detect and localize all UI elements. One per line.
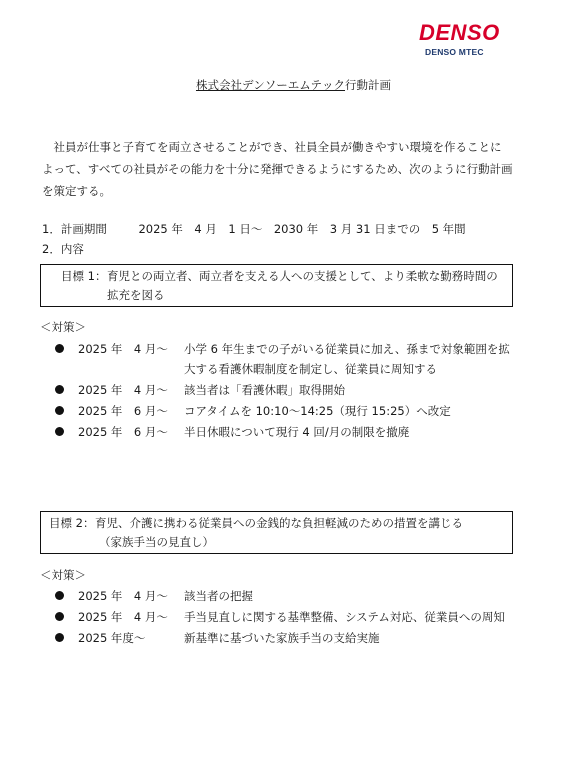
- measure-date: 2025 年 6 月～: [78, 402, 168, 420]
- title-company: 株式会社デンソーエムテック: [196, 78, 345, 92]
- measures-header-2: ＜対策＞: [40, 566, 86, 584]
- intro-line: 社員が仕事と子育てを両立させることができ、社員全員が働きやすい環境を作ることに: [42, 136, 562, 158]
- measure-date: 2025 年度～: [78, 629, 145, 647]
- plan-period-label: 1．計画期間: [42, 222, 107, 236]
- goal-2-label: 目標 2：: [49, 514, 94, 532]
- bullet-icon: [55, 385, 64, 394]
- bullet-icon: [55, 427, 64, 436]
- measure-text: 該当者は「看護休暇」取得開始: [184, 381, 345, 399]
- denso-mtec-logo-subtitle: DENSO MTEC: [425, 47, 484, 57]
- measure-text: 該当者の把握: [184, 587, 253, 605]
- goal-1-box: 目標 1： 育児との両立者、両立者を支える人への支援として、より柔軟な勤務時間の…: [40, 264, 513, 307]
- measure-date: 2025 年 4 月～: [78, 587, 168, 605]
- page-title: 株式会社デンソーエムテック行動計画: [0, 77, 587, 93]
- bullet-icon: [55, 344, 64, 353]
- measure-date: 2025 年 6 月～: [78, 423, 168, 441]
- plan-period-value: 2025 年 4 月 1 日～ 2030 年 3 月 31 日までの 5 年間: [138, 222, 465, 236]
- measure-text: 手当見直しに関する基準整備、システム対応、従業員への周知: [184, 608, 505, 626]
- intro-line: よって、すべての社員がその能力を十分に発揮できるようにするため、次のように行動計…: [42, 158, 562, 180]
- measure-text: コアタイムを 10:10～14:25（現行 15:25）へ改定: [184, 402, 451, 420]
- measure-date: 2025 年 4 月～: [78, 340, 168, 358]
- measure-text: 半日休暇について現行 4 回/月の制限を撤廃: [184, 423, 409, 441]
- intro-line: を策定する。: [42, 180, 562, 202]
- plan-period: 1．計画期間 2025 年 4 月 1 日～ 2030 年 3 月 31 日まで…: [42, 220, 466, 238]
- goal-1-label: 目標 1：: [61, 267, 106, 285]
- bullet-icon: [55, 633, 64, 642]
- content-heading: 2．内容: [42, 240, 84, 258]
- measure-text: 小学 6 年生までの子がいる従業員に加え、孫まで対象範囲を拡: [184, 340, 510, 358]
- measure-date: 2025 年 4 月～: [78, 381, 168, 399]
- bullet-icon: [55, 591, 64, 600]
- bullet-icon: [55, 612, 64, 621]
- goal-1-line: 育児との両立者、両立者を支える人への支援として、より柔軟な勤務時間の: [107, 267, 498, 285]
- denso-logo: DENSO: [419, 22, 500, 44]
- goal-2-box: 目標 2： 育児、介護に携わる従業員への金銭的な負担軽減のための措置を講じる （…: [40, 511, 513, 554]
- intro-paragraph: 社員が仕事と子育てを両立させることができ、社員全員が働きやすい環境を作ることに …: [42, 136, 562, 202]
- bullet-icon: [55, 406, 64, 415]
- goal-1-line: 拡充を図る: [107, 286, 165, 304]
- measure-text: 新基準に基づいた家族手当の支給実施: [184, 629, 380, 647]
- title-rest: 行動計画: [345, 78, 391, 92]
- goal-2-line: （家族手当の見直し）: [99, 533, 214, 551]
- measures-header-1: ＜対策＞: [40, 318, 86, 336]
- goal-2-line: 育児、介護に携わる従業員への金銭的な負担軽減のための措置を講じる: [95, 514, 463, 532]
- measure-text: 大する看護休暇制度を制定し、従業員に周知する: [184, 360, 437, 378]
- measure-date: 2025 年 4 月～: [78, 608, 168, 626]
